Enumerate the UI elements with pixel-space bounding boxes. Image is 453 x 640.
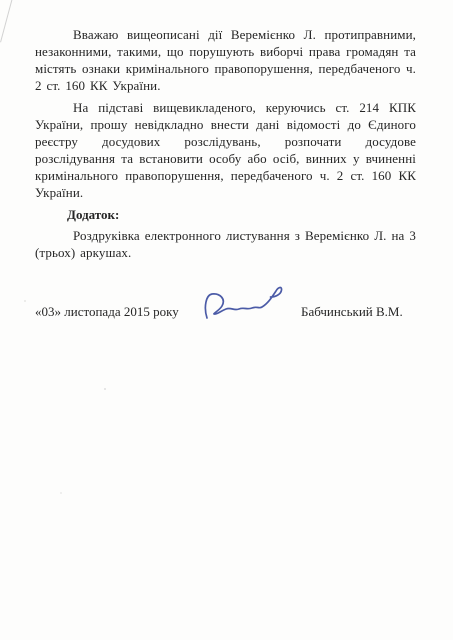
attachment-heading: Додаток: [35,206,416,223]
scanned-document-page: Вважаю вищеописані дії Веремієнко Л. про… [0,0,453,640]
scan-speck [104,388,106,390]
paragraph-request: На підставі вищевикладеного, керуючись с… [35,99,416,201]
scan-artifact-corner-line [0,0,13,42]
handwritten-signature [198,283,298,328]
signature-stroke [205,288,281,318]
paragraph-legal-opinion: Вважаю вищеописані дії Веремієнко Л. про… [35,26,416,94]
scan-speck [24,300,26,302]
document-text-block: Вважаю вищеописані дії Веремієнко Л. про… [35,26,416,266]
signatory-name: Бабчинський В.М. [301,303,403,320]
attachment-description: Роздруківка електронного листування з Ве… [35,227,416,261]
scan-speck [60,492,62,494]
date-line: «03» листопада 2015 року [35,303,179,320]
